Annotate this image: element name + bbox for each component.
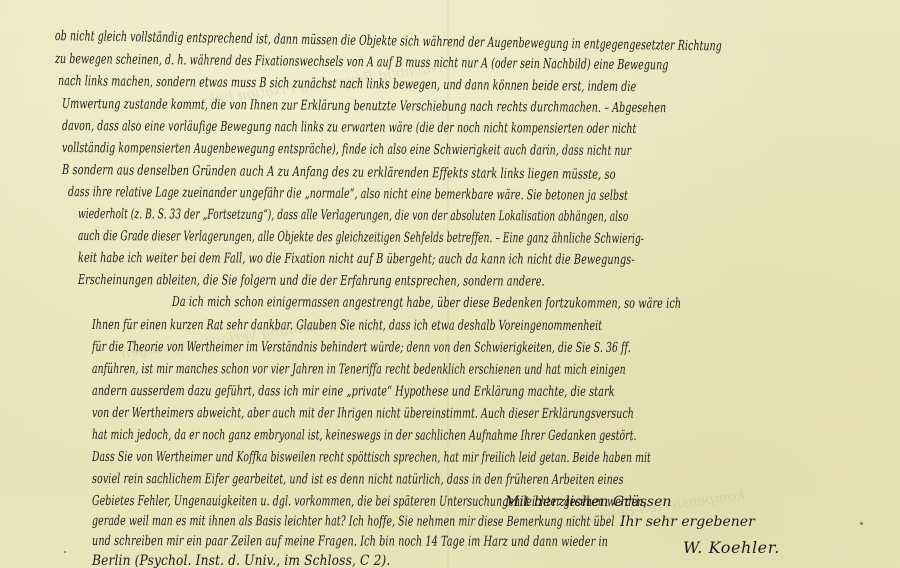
letter-line: Ihnen für einen kurzen Rat sehr dankbar.…: [92, 317, 602, 334]
letter-valediction: Ihr sehr ergebener: [620, 514, 755, 530]
letter-line: anführen, ist mir manches schon vor vier…: [92, 361, 626, 378]
letter-line: keit habe ich weiter bei dem Fall, wo di…: [78, 250, 635, 268]
letter-closing: Mit herzlichen Grüssen: [505, 494, 671, 510]
letter-line: Berlin (Psychol. Inst. d. Univ., im Schl…: [92, 553, 390, 568]
letter-line: Dass Sie von Wertheimer und Koffka biswe…: [92, 449, 651, 466]
letter-line: zu bewegen scheinen, d. h. während des F…: [55, 51, 669, 73]
letter-page: Nachbild Bewegung Fixation links rechts …: [0, 0, 900, 568]
letter-line: B sondern aus denselben Gründen auch A z…: [62, 162, 616, 183]
letter-line: Erscheinungen ableiten, die Sie folgern …: [78, 272, 545, 290]
letter-line: von der Wertheimers abweicht, aber auch …: [92, 405, 634, 422]
letter-line: Da ich mich schon einigermassen angestre…: [172, 294, 681, 312]
letter-line: für die Theorie von Wertheimer im Verstä…: [92, 339, 631, 356]
letter-line: vollständig kompensierten Augenbewegung …: [62, 140, 631, 159]
letter-line: andern ausserdem dazu geführt, dass ich …: [92, 383, 615, 400]
letter-line: davon, dass also eine vorläufige Bewegun…: [62, 118, 637, 137]
letter-line: soviel rein sachlichem Eifer gearbeitet,…: [92, 471, 624, 488]
letter-line: gerade weil man es mit ihnen als Basis l…: [92, 513, 615, 530]
letter-line: hat mich jedoch, da er noch ganz embryon…: [92, 427, 637, 444]
paper-speck: [64, 551, 66, 553]
letter-line: auch die Grade dieser Verlagerungen, all…: [78, 228, 644, 247]
letter-line: und schreiben mir ein paar Zeilen auf me…: [92, 533, 608, 550]
letter-signature: W. Koehler.: [683, 538, 780, 557]
paper-speck: [860, 522, 863, 525]
letter-line: nach links machen, sondern etwas muss B …: [58, 73, 636, 95]
letter-line: Umwertung zustande kommt, die von Ihnen …: [62, 96, 666, 116]
letter-line: dass ihre relative Lage zueinander ungef…: [68, 184, 628, 204]
letter-line: ob nicht gleich vollständig entsprechend…: [55, 28, 722, 54]
letter-line: wiederholt (z. B. S. 33 der „Fortsetzung…: [78, 206, 628, 225]
